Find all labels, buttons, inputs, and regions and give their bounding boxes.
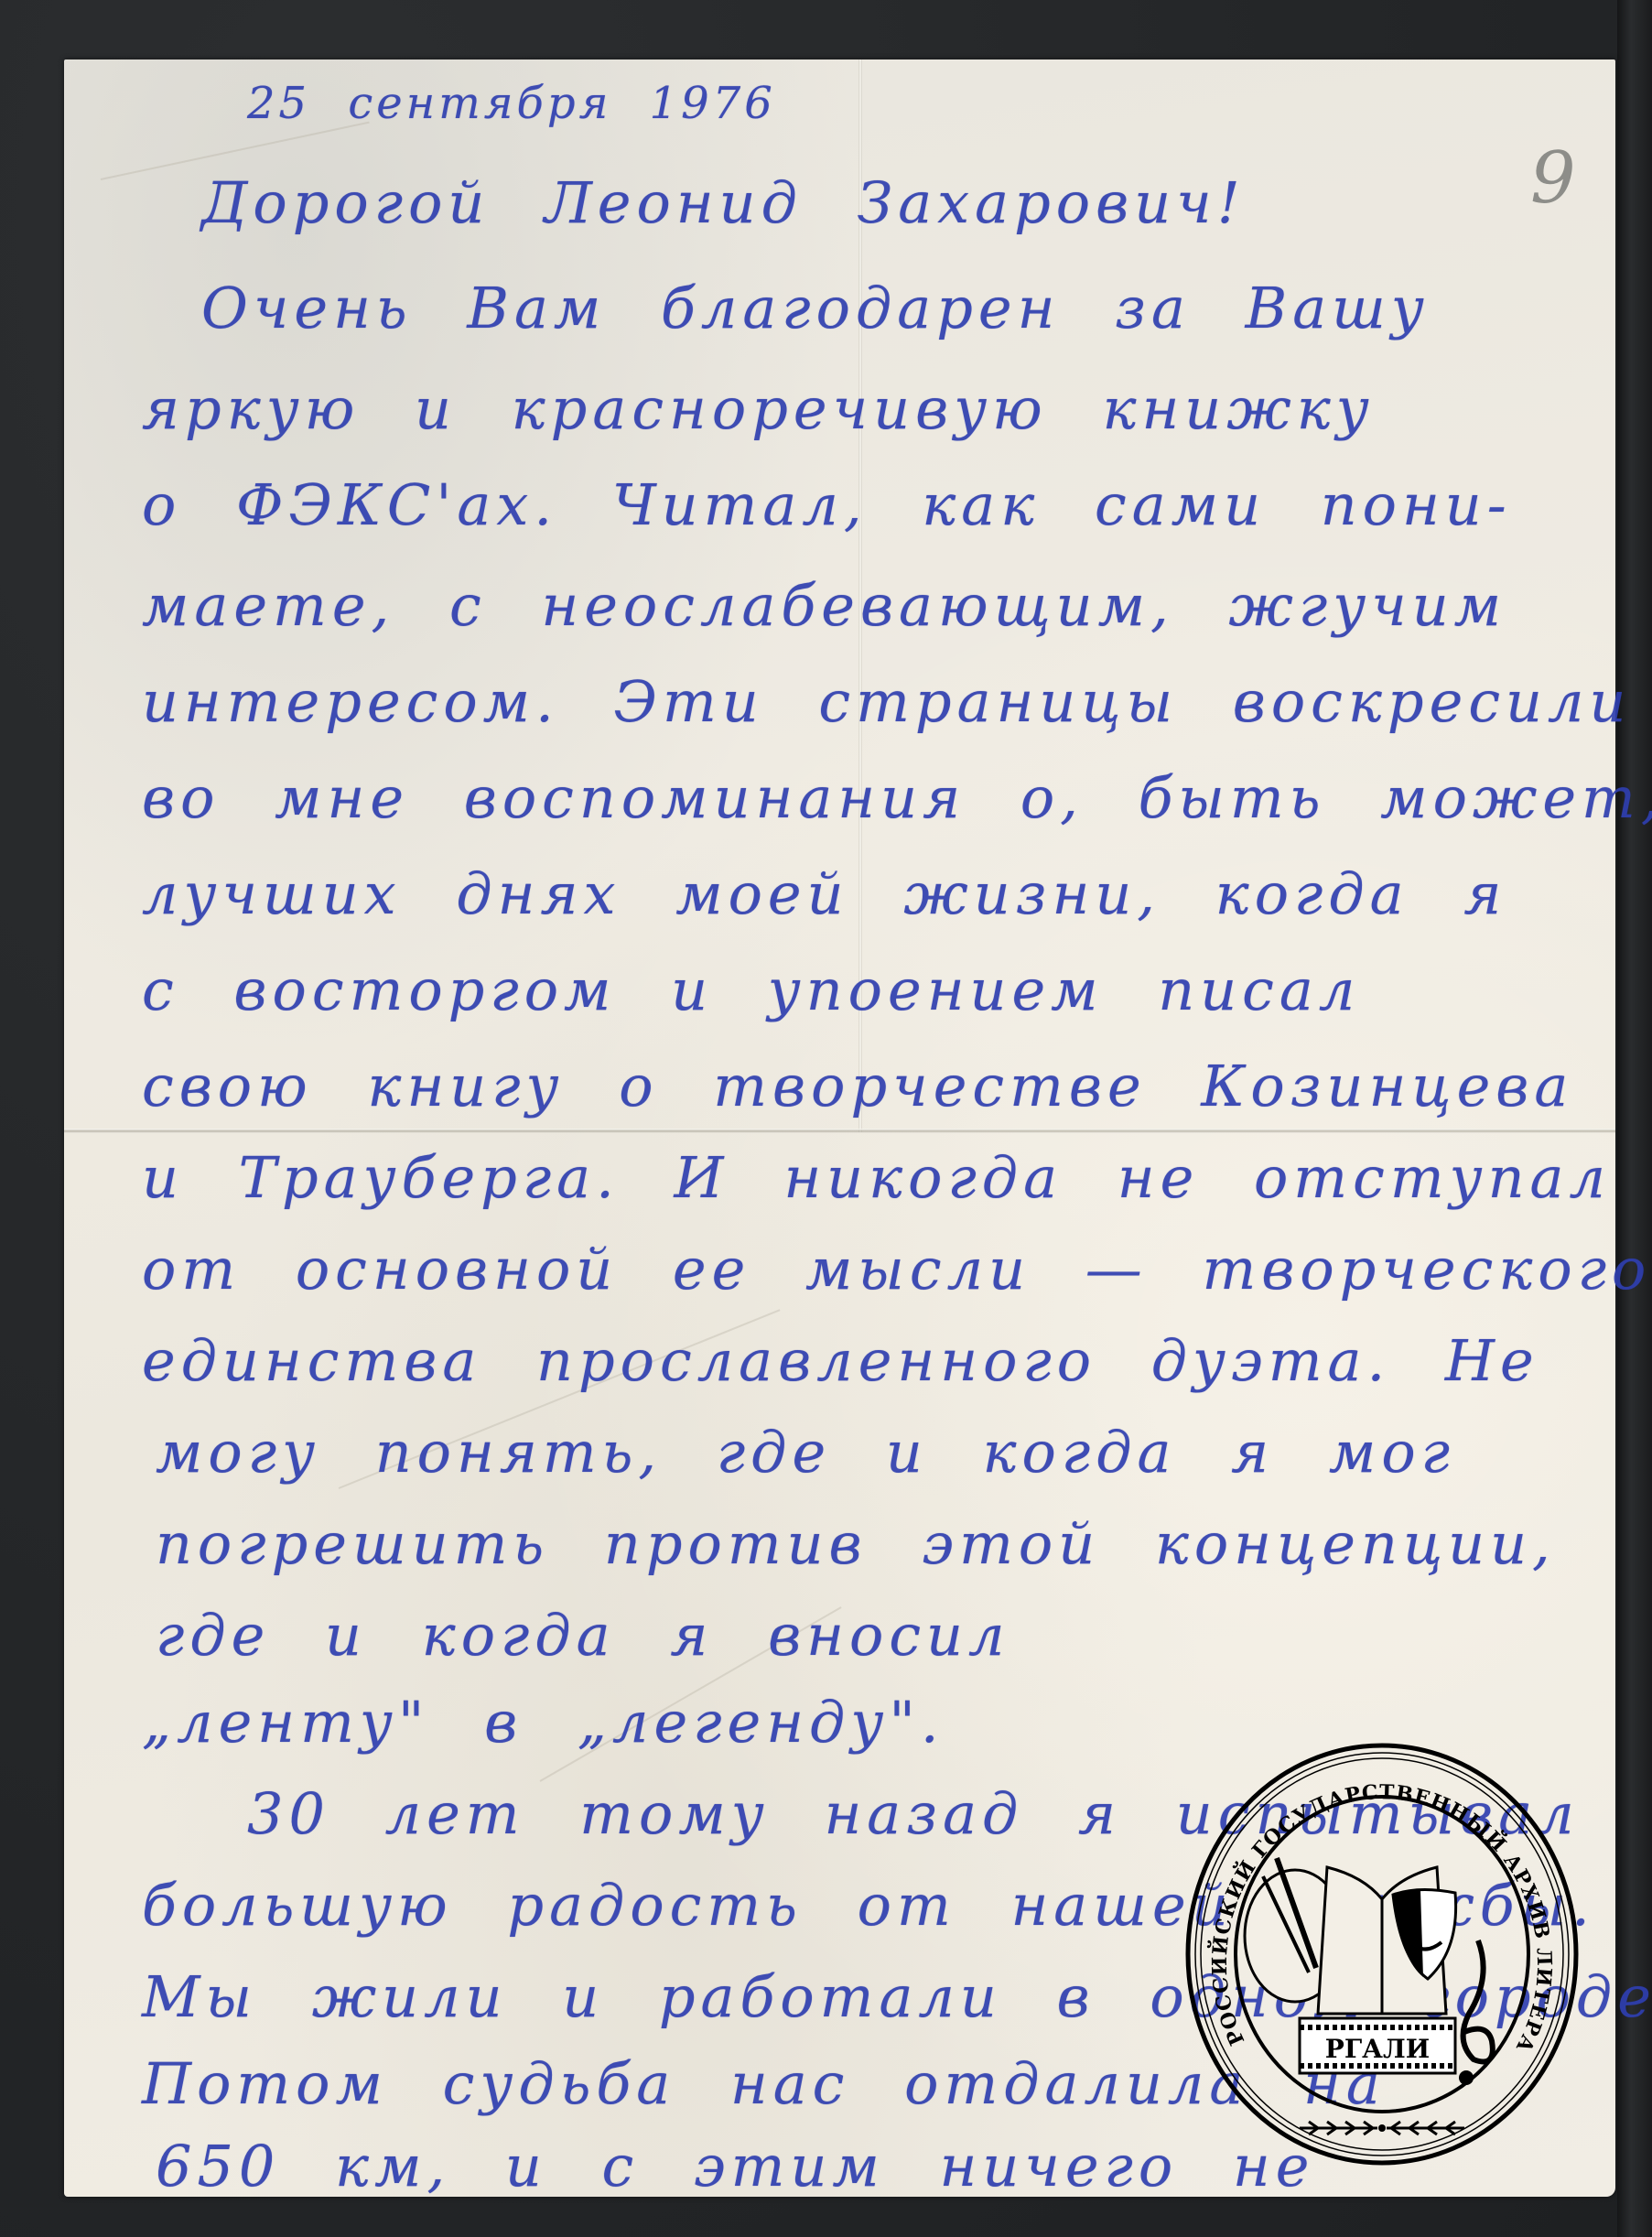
letter-line: могу понять, где и когда я мог xyxy=(156,1419,1455,1486)
folio-number: 9 xyxy=(1530,137,1576,220)
letter-line: свою книгу о творчестве Козинцева xyxy=(142,1053,1573,1119)
letter-line: погрешить против этой концепции, xyxy=(156,1510,1556,1577)
letter-line: Очень Вам благодарен за Вашу xyxy=(201,275,1430,341)
treble-clef-icon xyxy=(1459,1940,1493,2085)
letter-line: и Трауберга. И никогда не отступал xyxy=(142,1144,1611,1211)
letter-line: единства прославленного дуэта. Не xyxy=(142,1327,1539,1394)
letter-line: маете, с неослабевающим, жгучим xyxy=(142,572,1506,639)
laurel-icon xyxy=(1300,2122,1464,2134)
letter-line: яркую и красноречивую книжку xyxy=(142,375,1375,442)
archive-stamp: РОССИЙСКИЙ ГОСУДАРСТВЕННЫЙ АРХИВ ЛИТЕРАТ… xyxy=(1181,1739,1583,2169)
letter-line: интересом. Эти страницы воскресили xyxy=(142,668,1631,735)
letter-line: „ленту" в „легенду". xyxy=(142,1689,945,1756)
horizontal-fold xyxy=(64,1129,1615,1133)
letter-line: с восторгом и упоением писал xyxy=(142,956,1360,1023)
scanner-edge xyxy=(1617,0,1652,2237)
letter-line: 650 км, и с этим ничего не xyxy=(156,2133,1314,2199)
letter-line: во мне воспоминания о, быть может, xyxy=(142,764,1652,831)
letter-line: лучших днях моей жизни, когда я xyxy=(142,860,1506,927)
letter-date: 25 сентября 1976 xyxy=(247,78,776,129)
letter-line: о ФЭКС'ах. Читал, как сами пони- xyxy=(142,471,1512,538)
letter-line: от основной ее мысли — творческого xyxy=(142,1236,1651,1302)
film-strip-icon: РГАЛИ xyxy=(1300,2018,1455,2073)
letter-salutation: Дорогой Леонид Захарович! xyxy=(201,169,1246,236)
letter-line: где и когда я вносил xyxy=(156,1602,1010,1669)
stamp-center-text: РГАЛИ xyxy=(1325,2034,1430,2064)
